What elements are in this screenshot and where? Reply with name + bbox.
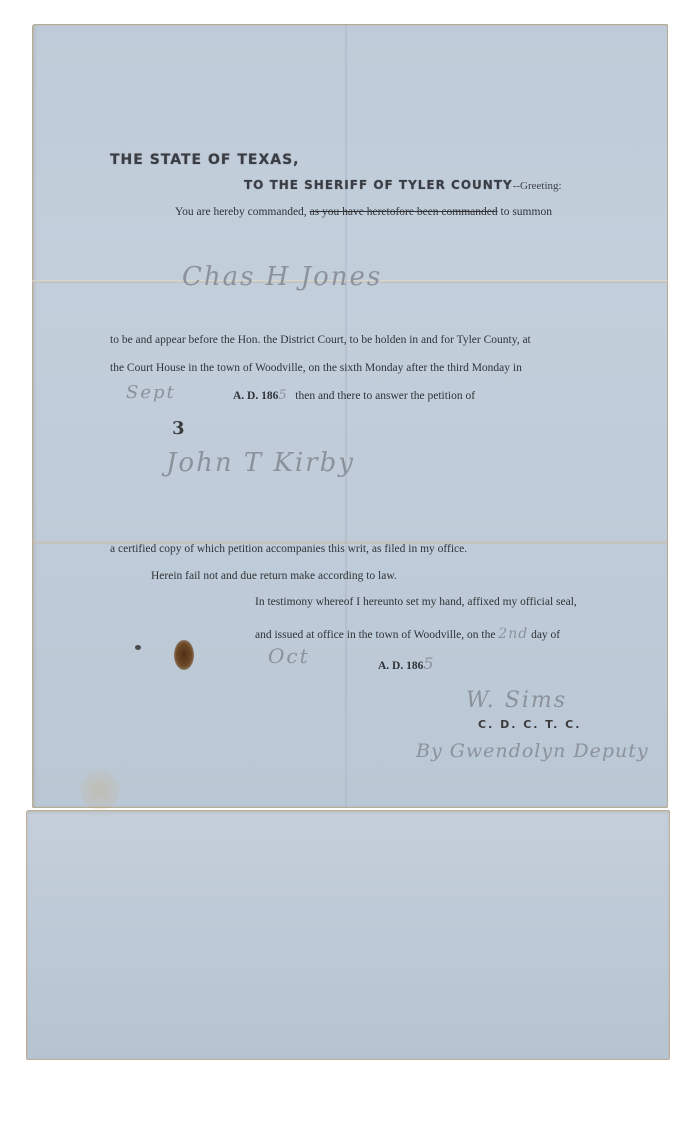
ink-stain <box>174 640 194 670</box>
issued-suffix: day of <box>531 629 560 641</box>
command-line: You are hereby commanded, as you have he… <box>175 206 552 218</box>
deputy-signature-handwritten: By Gwendolyn Deputy <box>416 740 649 762</box>
year-handwritten: 5 <box>278 388 286 403</box>
struck-text: as you have heretofore been commanded <box>310 206 498 218</box>
certified-line: a certified copy of which petition accom… <box>110 543 467 555</box>
plaintiff-name-handwritten: John T Kirby <box>166 448 355 478</box>
water-stain <box>80 770 120 810</box>
greeting: --Greeting: <box>513 180 562 192</box>
testimony-line: In testimony whereof I hereunto set my h… <box>255 596 577 608</box>
issued-prefix: and issued at office in the town of Wood… <box>255 629 495 641</box>
clerk-signature-handwritten: W. Sims <box>466 688 567 713</box>
issued-line: and issued at office in the town of Wood… <box>255 626 560 642</box>
command-suffix: to summon <box>501 206 552 218</box>
issue-month-handwritten: Oct <box>268 644 310 668</box>
plaintiff-mark: 3 <box>172 418 187 439</box>
fold-line <box>345 24 347 808</box>
appear-line-2: the Court House in the town of Woodville… <box>110 362 522 374</box>
issue-ad-line: A. D. 1865 <box>378 654 434 673</box>
day-handwritten: 2nd <box>498 626 528 642</box>
defendant-name-handwritten: Chas H Jones <box>182 262 382 292</box>
document-lower-fold <box>26 810 670 1060</box>
answer-text: then and there to answer the petition of <box>295 390 475 402</box>
document-upper-sheet <box>32 24 668 808</box>
month-handwritten: Sept <box>126 382 176 403</box>
document-title: THE STATE OF TEXAS, <box>110 152 299 168</box>
clerk-title: C. D. C. T. C. <box>478 718 581 731</box>
addressee-line: TO THE SHERIFF OF TYLER COUNTY--Greeting… <box>244 178 562 192</box>
ink-dot <box>135 645 141 650</box>
appear-line-1: to be and appear before the Hon. the Dis… <box>110 334 531 346</box>
issue-ad-label: A. D. 186 <box>378 660 423 672</box>
command-prefix: You are hereby commanded, <box>175 206 307 218</box>
appear-line-3: A. D. 1865 then and there to answer the … <box>233 388 475 403</box>
ad-label: A. D. 186 <box>233 390 278 402</box>
addressee: TO THE SHERIFF OF TYLER COUNTY <box>244 178 513 192</box>
herein-line: Herein fail not and due return make acco… <box>151 570 397 582</box>
issue-year-handwritten: 5 <box>423 654 433 673</box>
